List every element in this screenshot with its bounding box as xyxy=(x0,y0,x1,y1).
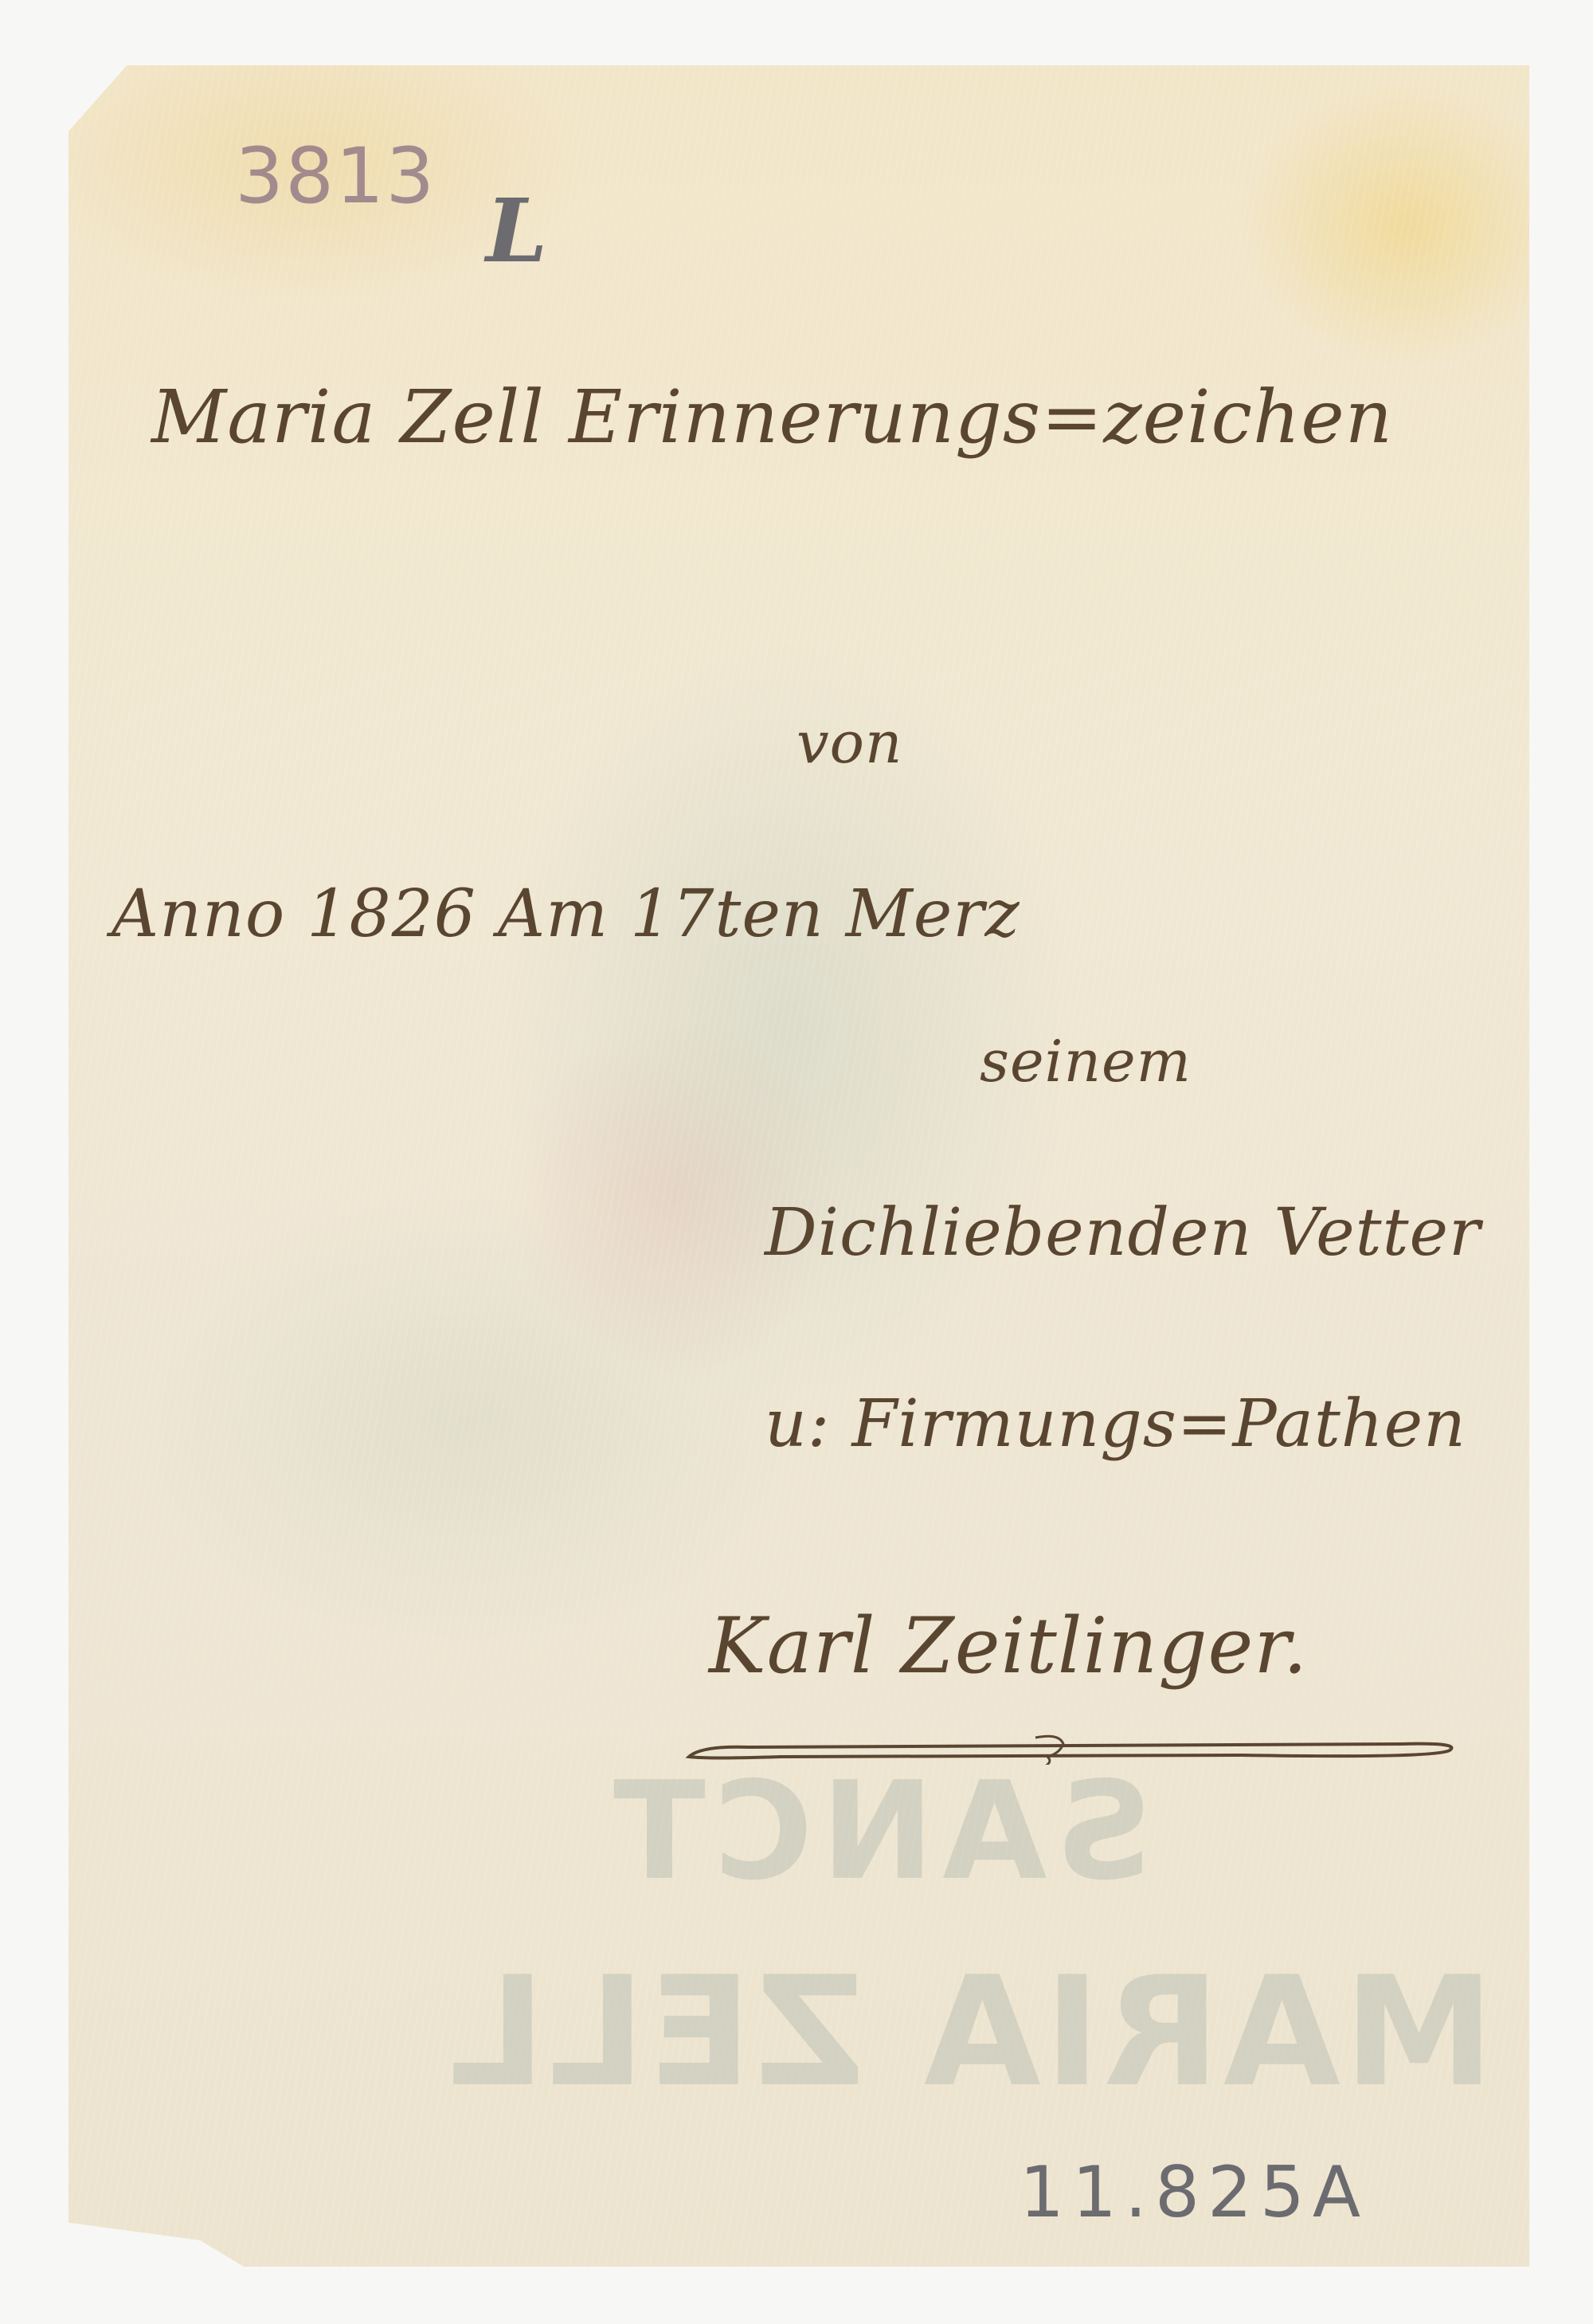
pencil-letter-mark: L xyxy=(486,179,547,282)
handwritten-title: Maria Zell Erinnerungs=zeichen xyxy=(151,374,1393,460)
catalogue-number: 11.825A xyxy=(1020,2151,1368,2233)
inventory-number-stamp: 3813 xyxy=(235,131,436,221)
document-stage: SANCT MARIA ZELL 3813 L Maria Zell Erinn… xyxy=(0,0,1593,2324)
show-through-text-sanct: SANCT xyxy=(605,1753,1153,1911)
signature-underline-flourish xyxy=(685,1733,1466,1765)
handwritten-seinem: seinem xyxy=(980,1028,1192,1095)
show-through-text-maria-zell: MARIA ZELL xyxy=(446,1944,1494,2120)
handwritten-vetter-line: Dichliebenden Vetter xyxy=(765,1195,1481,1271)
handwritten-pathen-line: u: Firmungs=Pathen xyxy=(765,1386,1466,1462)
handwritten-von: von xyxy=(796,709,902,776)
signature: Karl Zeitlinger. xyxy=(709,1601,1308,1691)
handwritten-date: Anno 1826 Am 17ten Merz xyxy=(112,876,1020,952)
